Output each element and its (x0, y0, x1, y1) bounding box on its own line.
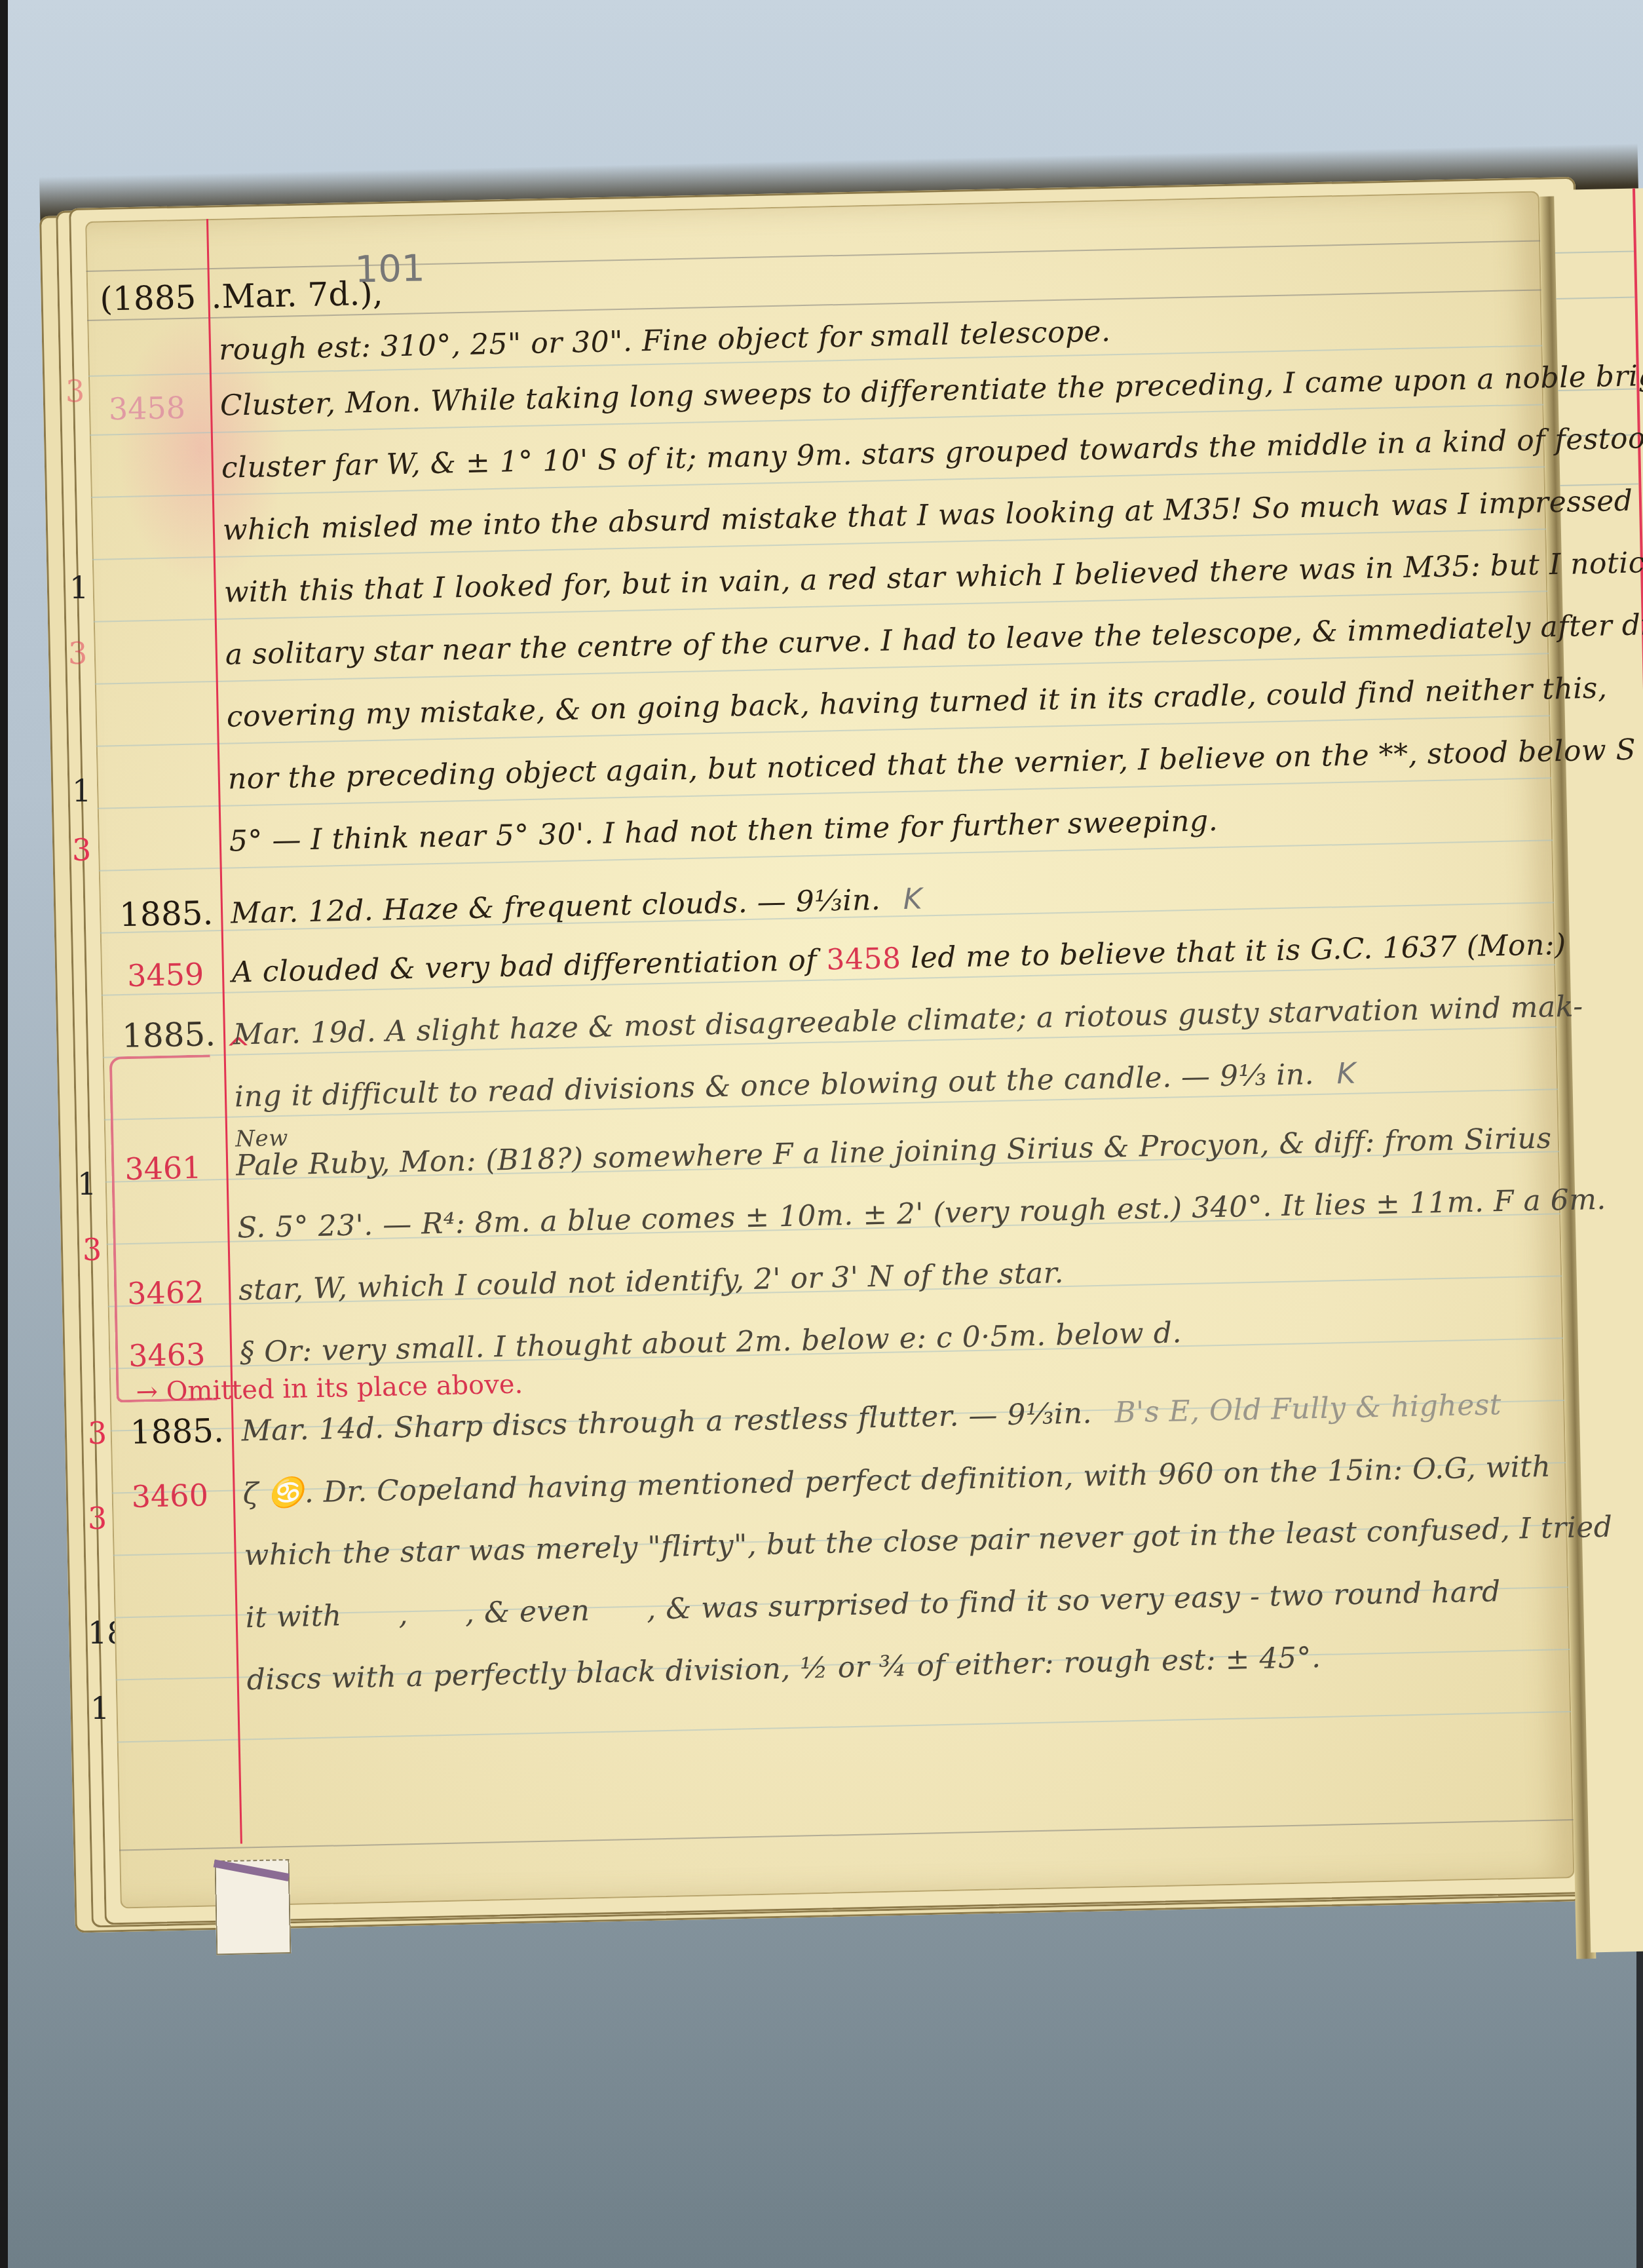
ruled-line (117, 1711, 1572, 1742)
header-date-year: (1885 (100, 278, 197, 318)
edge-mark: 3 (88, 1501, 107, 1536)
page-number: 101 (354, 247, 425, 291)
date-text: Mar. 14d. Sharp discs through a restless… (241, 1396, 1092, 1448)
ruled-line (1556, 296, 1634, 299)
entry-text: ζ ♋. Dr. Copeland having mentioned perfe… (242, 1450, 1551, 1511)
scanner-edge (0, 0, 8, 2268)
entry-text: nor the preceding object again, but noti… (227, 733, 1636, 796)
entry-text: star, W, which I could not identify, 2' … (238, 1256, 1065, 1307)
entry-number: 3459 (127, 956, 204, 993)
entry-text: discs with a perfectly black division, ½… (246, 1641, 1321, 1697)
edge-mark: 1 (69, 570, 88, 605)
tab-band (214, 1859, 290, 1881)
edge-mark: 1 (72, 773, 91, 809)
entry-text: a solitary star near the centre of the c… (225, 607, 1643, 671)
pencil-mark: K (1336, 1057, 1356, 1091)
entry-text-part: led me to believe that it is G.C. 1637 (… (901, 928, 1566, 975)
entry-number: 3461 (124, 1150, 202, 1187)
entry-text: Pale Ruby, Mon: (B18?) somewhere F a lin… (236, 1121, 1552, 1182)
edge-mark: 3 (66, 374, 85, 409)
cross-reference: 3458 (826, 942, 901, 976)
edge-mark: 3 (72, 832, 91, 868)
entry-text: § Or: very small. I thought about 2m. be… (240, 1316, 1182, 1369)
edge-mark: 3 (68, 636, 87, 671)
ruled-line (119, 1819, 1574, 1851)
entry-text: with this that I looked for, but in vain… (223, 545, 1643, 609)
entry-date-year: 1885. (130, 1412, 224, 1451)
entry-text: rough est: 310°, 25" or 30". Fine object… (219, 315, 1111, 367)
entry-text: Mar. 19d. A slight haze & most disagreea… (233, 990, 1583, 1051)
entry-date-year: 1885. (119, 894, 214, 934)
edge-mark: 3 (88, 1415, 107, 1451)
entry-text: S. 5° 23'. — R⁴: 8m. a blue comes ± 10m.… (237, 1183, 1607, 1245)
ruled-line (86, 240, 1541, 271)
entry-date-year: 1885. (121, 1015, 216, 1055)
paper-tab (214, 1859, 291, 1955)
entry-text: covering my mistake, & on going back, ha… (226, 672, 1608, 734)
pencil-note: B's E, Old Fully & highest (1114, 1388, 1502, 1429)
edge-mark: 1 (77, 1166, 96, 1202)
notebook-page: (1885 .Mar. 7d.), 101 rough est: 310°, 2… (85, 191, 1574, 1909)
entry-text: which the star was merely "flirty", but … (244, 1510, 1613, 1573)
pencil-mark: K (903, 882, 922, 916)
entry-number: 3458 (108, 390, 185, 427)
entry-text: A clouded & very bad differentiation of … (232, 928, 1567, 990)
date-text: Mar. 12d. Haze & frequent clouds. — 9⅓in… (231, 883, 881, 931)
edge-mark: 3 (83, 1232, 102, 1267)
entry-number: 3460 (131, 1477, 208, 1514)
entry-text: which misled me into the absurd mistake … (222, 484, 1633, 547)
entry-number: 3463 (128, 1337, 206, 1374)
ruled-line (1555, 250, 1634, 254)
entry-text: cluster far W, & ± 1° 10' S of it; many … (221, 421, 1643, 484)
entry-number: 3462 (127, 1275, 204, 1311)
edge-mark: 1 (90, 1691, 109, 1726)
entry-text: it with , , & even , & was surprised to … (245, 1575, 1501, 1634)
